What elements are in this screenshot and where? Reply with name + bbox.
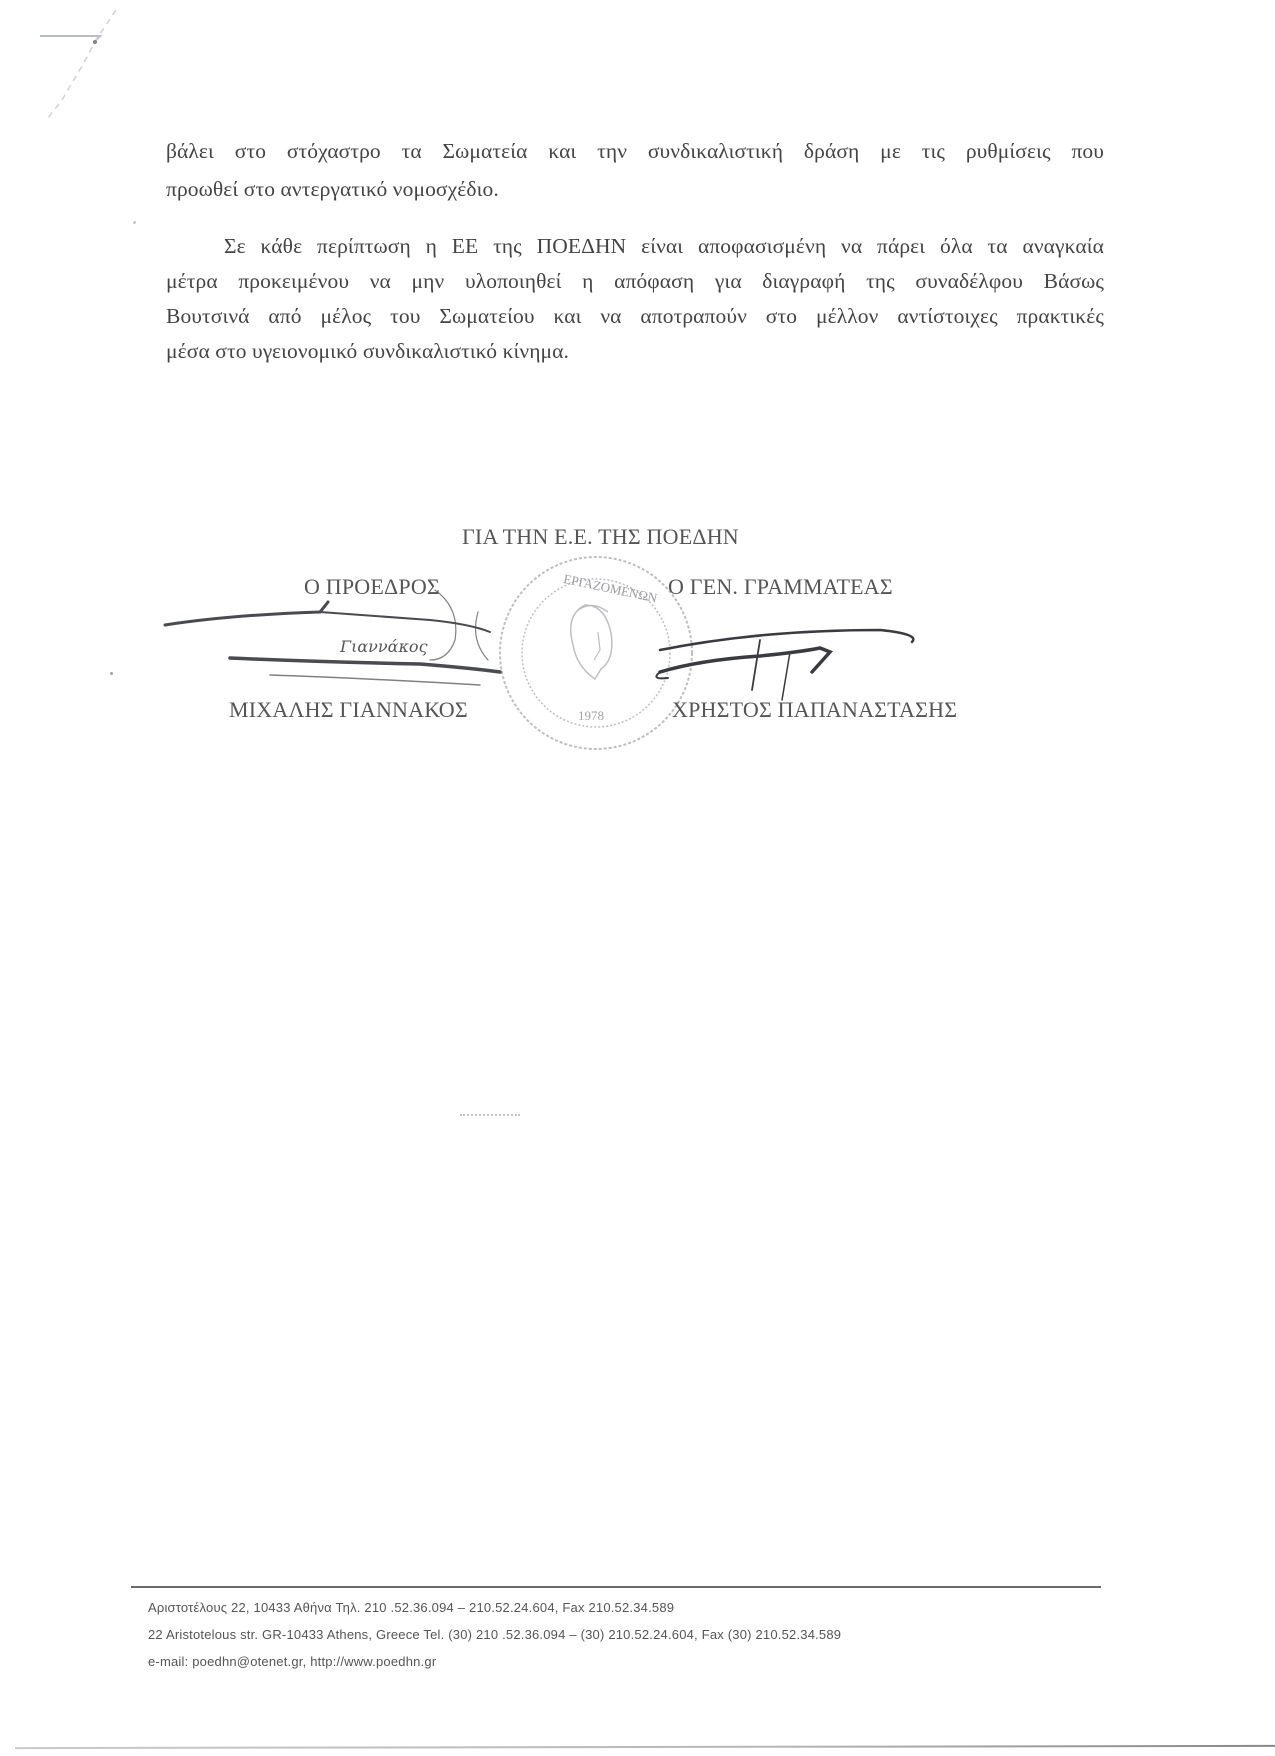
paragraph-line-text: Σε κάθε περίπτωση η ΕΕ της ΠΟΕΔΗΝ είναι … (224, 234, 1104, 258)
footer-contact: e-mail: poedhn@otenet.gr, http://www.poe… (148, 1648, 841, 1675)
scan-dot (133, 221, 136, 224)
secretary-name: ΧΡΗΣΤΟΣ ΠΑΠΑΝΑΣΤΑΣΗΣ (672, 697, 957, 723)
paragraph-line: Σε κάθε περίπτωση η ΕΕ της ΠΟΕΔΗΝ είναι … (166, 229, 1104, 264)
president-title: Ο ΠΡΟΕΔΡΟΣ (304, 574, 440, 600)
paragraph-line: βάλει στο στόχαστρο τα Σωματεία και την … (166, 134, 1104, 169)
stamp-year: 1978 (578, 708, 604, 723)
footer-divider (131, 1586, 1101, 1588)
official-stamp: ΕΡΓΑΖΟΜΕΝΩΝ 1978 Γιαννάκος (0, 0, 1275, 800)
stamp-text: ΕΡΓΑΖΟΜΕΝΩΝ (562, 571, 659, 606)
footer-address-greek: Αριστοτέλους 22, 10433 Αθήνα Τηλ. 210 .5… (148, 1594, 841, 1621)
paragraph-line: Βουτσινά από μέλος του Σωματείου και να … (166, 299, 1104, 334)
president-name: ΜΙΧΑΛΗΣ ΓΙΑΝΝΑΚΟΣ (229, 697, 468, 723)
footer-address-english: 22 Aristotelous str. GR-10433 Athens, Gr… (148, 1621, 841, 1648)
body-paragraph-1: βάλει στο στόχαστρο τα Σωματεία και την … (166, 134, 1104, 207)
paragraph-line: μέσα στο υγειονομικό συνδικαλιστικό κίνη… (166, 334, 1104, 369)
scan-dots (460, 1114, 520, 1119)
signature-block: ΕΡΓΑΖΟΜΕΝΩΝ 1978 Γιαννάκος ΓΙΑ ΤΗΝ Ε.Ε. … (0, 0, 1275, 800)
paragraph-line: μέτρα προκειμένου να μην υλοποιηθεί η απ… (166, 264, 1104, 299)
scan-page-edge (15, 1745, 1275, 1749)
signature-heading: ΓΙΑ ΤΗΝ Ε.Ε. ΤΗΣ ΠΟΕΔΗΝ (462, 524, 739, 550)
body-paragraph-2: Σε κάθε περίπτωση η ΕΕ της ΠΟΕΔΗΝ είναι … (166, 229, 1104, 369)
letterhead-footer: Αριστοτέλους 22, 10433 Αθήνα Τηλ. 210 .5… (148, 1594, 841, 1675)
secretary-title: Ο ΓΕΝ. ΓΡΑΜΜΑΤΕΑΣ (668, 574, 893, 600)
scan-pen-mark (0, 0, 200, 120)
scan-dot (110, 672, 113, 675)
president-signature: Γιαννάκος (339, 637, 428, 656)
paragraph-line: προωθεί στο αντεργατικό νομοσχέδιο. (166, 172, 1104, 207)
